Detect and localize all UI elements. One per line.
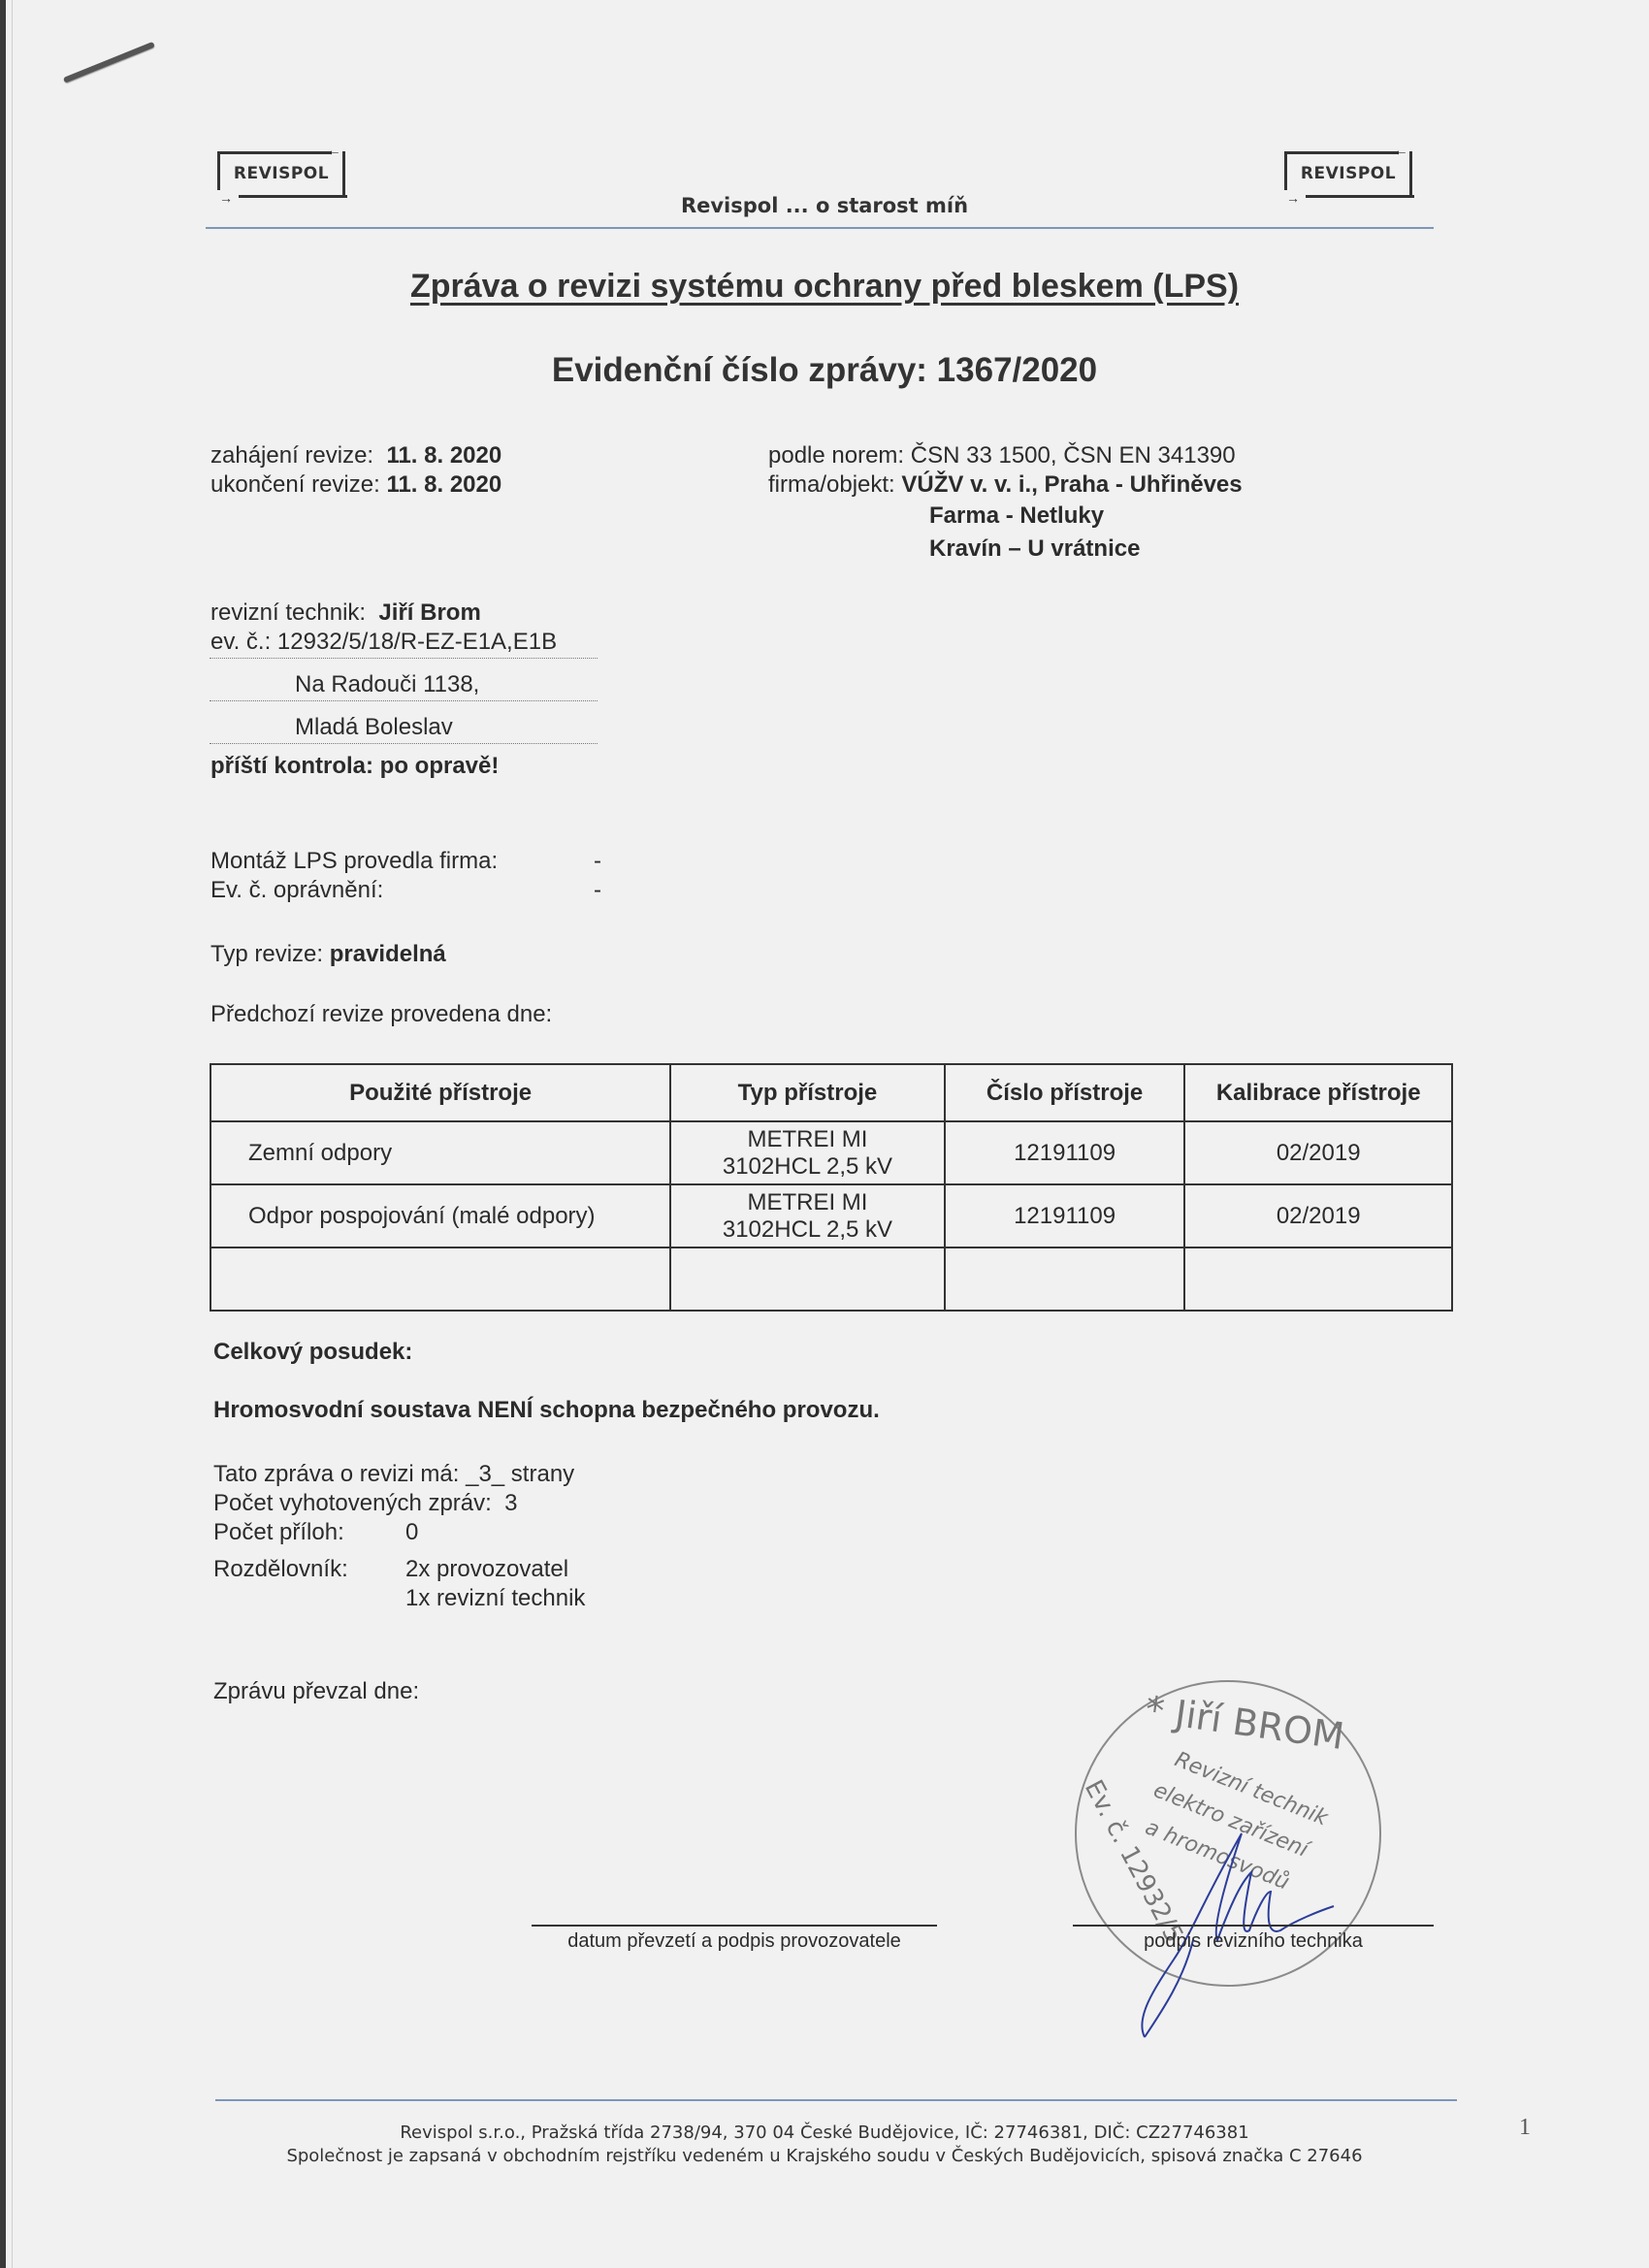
cell-type: METREI MI3102HCL 2,5 kV [670,1184,945,1247]
assessment-label: Celkový posudek: [213,1339,412,1366]
col-header-number: Číslo přístroje [945,1064,1185,1121]
document-title: Zpráva o revizi systému ochrany před ble… [0,268,1649,306]
received-date-label: Zprávu převzal dne: [213,1678,419,1705]
table-row: Zemní odpory METREI MI3102HCL 2,5 kV 121… [210,1121,1452,1184]
col-header-calibration: Kalibrace přístroje [1184,1064,1452,1121]
arrow-left-icon: ← [1393,143,1408,160]
technician-signature-label: podpis revizního technika [1073,1930,1434,1953]
attachments-label: Počet příloh: [213,1519,344,1546]
logo-text: REVISPOL [215,164,347,183]
scan-edge-line [12,0,13,2268]
install-firm-value: - [594,848,601,875]
revispol-logo-left: ← → REVISPOL [215,149,347,200]
object-farm: Farma - Netluky [929,502,1104,530]
object-building: Kravín – U vrátnice [929,535,1140,563]
cell-calibration: 02/2019 [1184,1121,1452,1184]
footer-divider [215,2099,1457,2101]
norms: podle norem: ČSN 33 1500, ČSN EN 341390 [768,442,1236,470]
revision-type: Typ revize: pravidelná [210,941,446,968]
revision-start-date: 11. 8. 2020 [386,442,501,469]
distribution-item: 2x provozovatel [405,1556,568,1583]
permit-value: - [594,877,601,904]
stamp-top-text: * Jiří BROM [1143,1688,1346,1758]
logo-text: REVISPOL [1282,164,1414,183]
technician-ev-number: 12932/5/18/R-EZ-E1A,E1B [277,629,557,655]
header-divider [206,227,1434,229]
tagline: Revispol ... o starost míň [0,194,1649,217]
distribution-label: Rozdělovník: [213,1556,348,1583]
object-name: VÚŽV v. v. i., Praha - Uhřiněves [901,471,1242,498]
technician-ev: ev. č.: 12932/5/18/R-EZ-E1A,E1B [210,629,557,656]
cell-instrument: Zemní odpory [210,1121,670,1184]
table-row [210,1247,1452,1311]
dotted-rule [210,700,598,701]
copies-count: Počet vyhotovených zpráv: 3 [213,1490,518,1517]
permit-label: Ev. č. oprávnění: [210,877,383,904]
norms-value: ČSN 33 1500, ČSN EN 341390 [911,442,1236,469]
report-number: Evidenční číslo zprávy: 1367/2020 [0,351,1649,390]
dotted-rule [210,743,598,744]
scan-edge [0,0,6,2268]
arrow-left-icon: ← [326,143,341,160]
instruments-table: Použité přístroje Typ přístroje Číslo př… [210,1063,1453,1312]
distribution-item: 1x revizní technik [405,1585,585,1612]
cell-number: 12191109 [945,1184,1185,1247]
revision-start: zahájení revize: 11. 8. 2020 [210,442,501,470]
revispol-logo-right: ← → REVISPOL [1282,149,1414,200]
attachments-value: 0 [405,1519,418,1546]
technician-address-street: Na Radouči 1138, [295,671,479,698]
cell-number: 12191109 [945,1121,1185,1184]
cell-type [670,1247,945,1311]
cell-type: METREI MI3102HCL 2,5 kV [670,1121,945,1184]
table-row: Odpor pospojování (malé odpory) METREI M… [210,1184,1452,1247]
previous-revision-label: Předchozí revize provedena dne: [210,1001,552,1028]
operator-signature-line [532,1925,937,1927]
col-header-instrument: Použité přístroje [210,1064,670,1121]
page-number: 1 [1519,2115,1531,2141]
revision-end-date: 11. 8. 2020 [386,471,501,498]
technician: revizní technik: Jiří Brom [210,599,481,627]
cell-instrument: Odpor pospojování (malé odpory) [210,1184,670,1247]
assessment-result: Hromosvodní soustava NENÍ schopna bezpeč… [213,1397,880,1424]
pages-count: Tato zpráva o revizi má: _3_ strany [213,1461,574,1488]
operator-signature-label: datum převzetí a podpis provozovatele [532,1930,937,1953]
revision-type-value: pravidelná [330,941,446,967]
col-header-type: Typ přístroje [670,1064,945,1121]
footer-registry: Společnost je zapsaná v obchodním rejstř… [0,2146,1649,2166]
next-check: příští kontrola: po opravě! [210,753,499,780]
cell-instrument [210,1247,670,1311]
table-header-row: Použité přístroje Typ přístroje Číslo př… [210,1064,1452,1121]
object: firma/objekt: VÚŽV v. v. i., Praha - Uhř… [768,471,1243,499]
cell-calibration: 02/2019 [1184,1184,1452,1247]
technician-signature-line [1073,1925,1434,1927]
install-firm-label: Montáž LPS provedla firma: [210,848,498,875]
revision-end: ukončení revize: 11. 8. 2020 [210,471,501,499]
dotted-rule [210,658,598,659]
footer-company: Revispol s.r.o., Pražská třída 2738/94, … [0,2122,1649,2143]
cell-number [945,1247,1185,1311]
cell-calibration [1184,1247,1452,1311]
technician-name: Jiří Brom [378,599,480,626]
staple-mark [63,42,155,83]
technician-address-city: Mladá Boleslav [295,714,453,741]
